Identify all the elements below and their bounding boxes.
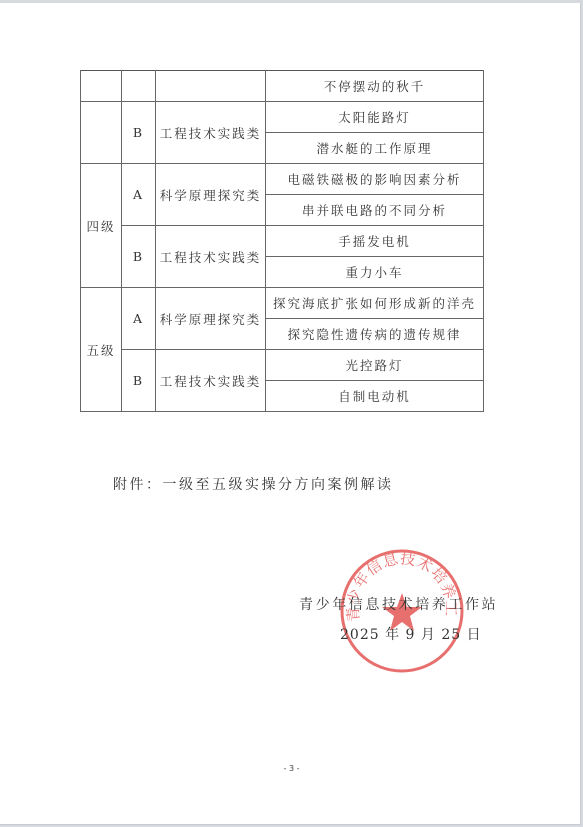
table-row: B 工程技术实践类 太阳能路灯 bbox=[81, 102, 484, 133]
type-cell: 工程技术实践类 bbox=[156, 102, 266, 164]
table-row: B 工程技术实践类 手摇发电机 bbox=[81, 226, 484, 257]
document-page: 不停摆动的秋千 B 工程技术实践类 太阳能路灯 潜水艇的工作原理 四级 A 科学… bbox=[0, 3, 581, 825]
issuer-name: 青少年信息技术培养工作站 bbox=[299, 594, 498, 614]
grade-cell: B bbox=[122, 226, 156, 288]
table-row: 四级 A 科学原理探究类 电磁铁磁极的影响因素分析 bbox=[81, 164, 484, 195]
type-cell: 科学原理探究类 bbox=[156, 288, 266, 350]
case-cell: 探究海底扩张如何形成新的洋壳 bbox=[266, 288, 484, 319]
page-number: - 3 - bbox=[0, 764, 583, 773]
case-cell: 串并联电路的不同分析 bbox=[266, 195, 484, 226]
level-cell bbox=[81, 71, 122, 102]
case-cell: 潜水艇的工作原理 bbox=[266, 133, 484, 164]
type-cell: 科学原理探究类 bbox=[156, 164, 266, 226]
cases-table: 不停摆动的秋千 B 工程技术实践类 太阳能路灯 潜水艇的工作原理 四级 A 科学… bbox=[80, 70, 484, 412]
grade-cell: A bbox=[122, 288, 156, 350]
table-row: B 工程技术实践类 光控路灯 bbox=[81, 350, 484, 381]
level-cell bbox=[81, 102, 122, 164]
case-cell: 电磁铁磁极的影响因素分析 bbox=[266, 164, 484, 195]
grade-cell bbox=[122, 71, 156, 102]
case-cell: 太阳能路灯 bbox=[266, 102, 484, 133]
type-cell: 工程技术实践类 bbox=[156, 350, 266, 412]
case-cell: 探究隐性遗传病的遗传规律 bbox=[266, 319, 484, 350]
case-cell: 不停摆动的秋千 bbox=[266, 71, 484, 102]
grade-cell: B bbox=[122, 350, 156, 412]
case-cell: 重力小车 bbox=[266, 257, 484, 288]
level-cell: 五级 bbox=[81, 288, 122, 412]
case-cell: 手摇发电机 bbox=[266, 226, 484, 257]
grade-cell: B bbox=[122, 102, 156, 164]
type-cell: 工程技术实践类 bbox=[156, 226, 266, 288]
case-cell: 光控路灯 bbox=[266, 350, 484, 381]
case-cell: 自制电动机 bbox=[266, 381, 484, 412]
attachment-note: 附件：一级至五级实操分方向案例解读 bbox=[113, 474, 394, 494]
table-row: 不停摆动的秋千 bbox=[81, 71, 484, 102]
table-row: 五级 A 科学原理探究类 探究海底扩张如何形成新的洋壳 bbox=[81, 288, 484, 319]
grade-cell: A bbox=[122, 164, 156, 226]
issue-date: 2025 年 9 月 25 日 bbox=[340, 624, 482, 644]
type-cell bbox=[156, 71, 266, 102]
level-cell: 四级 bbox=[81, 164, 122, 288]
